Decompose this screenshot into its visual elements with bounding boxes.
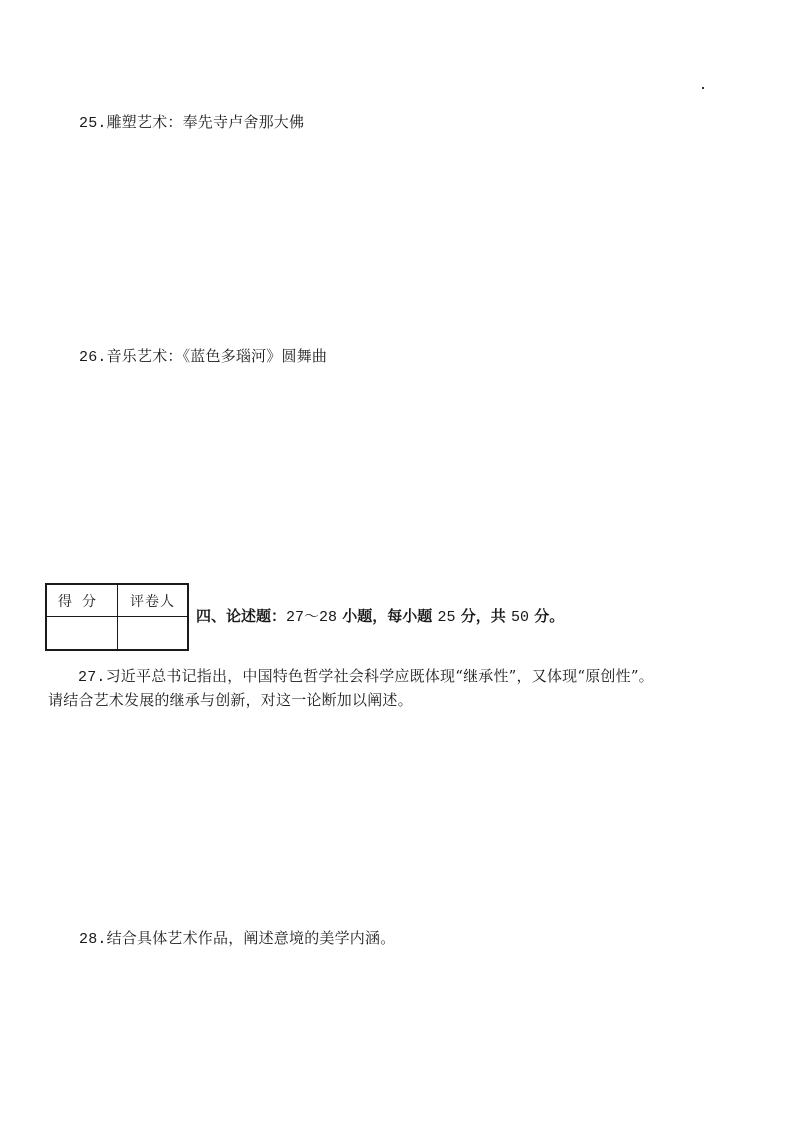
question-number: 25.: [79, 115, 107, 132]
section-header: 四、论述题：27～28 小题，每小题 25 分，共 50 分。: [196, 605, 564, 626]
scan-speck: [702, 87, 704, 89]
grader-cell[interactable]: [118, 617, 189, 651]
question-25: 25.雕塑艺术：奉先寺卢舍那大佛: [79, 112, 304, 134]
question-number: 26.: [79, 349, 107, 366]
question-line-1: 27.习近平总书记指出，中国特色哲学社会科学应既体现“继承性”，又体现“原创性”…: [48, 664, 768, 688]
points-total: 50: [511, 609, 529, 626]
score-table: 得分 评卷人: [45, 583, 189, 651]
question-26: 26.音乐艺术：《蓝色多瑙河》圆舞曲: [79, 346, 327, 368]
section-title: 四、论述题：: [196, 607, 286, 625]
question-line-2: 请结合艺术发展的继承与创新，对这一论断加以阐述。: [48, 688, 768, 712]
question-27: 27.习近平总书记指出，中国特色哲学社会科学应既体现“继承性”，又体现“原创性”…: [48, 664, 768, 712]
question-text: 音乐艺术：《蓝色多瑙河》圆舞曲: [107, 347, 328, 365]
question-number: 28.: [79, 931, 107, 948]
question-text: 雕塑艺术：奉先寺卢舍那大佛: [107, 113, 305, 131]
section-text: 分。: [529, 607, 564, 625]
question-number: 27.: [78, 669, 106, 686]
section-text: 分，共: [456, 607, 511, 625]
grader-header: 评卷人: [118, 584, 189, 617]
question-range: 27～28: [286, 609, 337, 626]
question-text: 结合具体艺术作品，阐述意境的美学内涵。: [107, 929, 396, 947]
question-text: 习近平总书记指出，中国特色哲学社会科学应既体现“继承性”，又体现“原创性”。: [106, 667, 654, 685]
score-cell[interactable]: [46, 617, 118, 651]
section-text: 小题，每小题: [337, 607, 437, 625]
question-28: 28.结合具体艺术作品，阐述意境的美学内涵。: [79, 928, 395, 950]
score-header: 得分: [46, 584, 118, 617]
points-each: 25: [437, 609, 455, 626]
